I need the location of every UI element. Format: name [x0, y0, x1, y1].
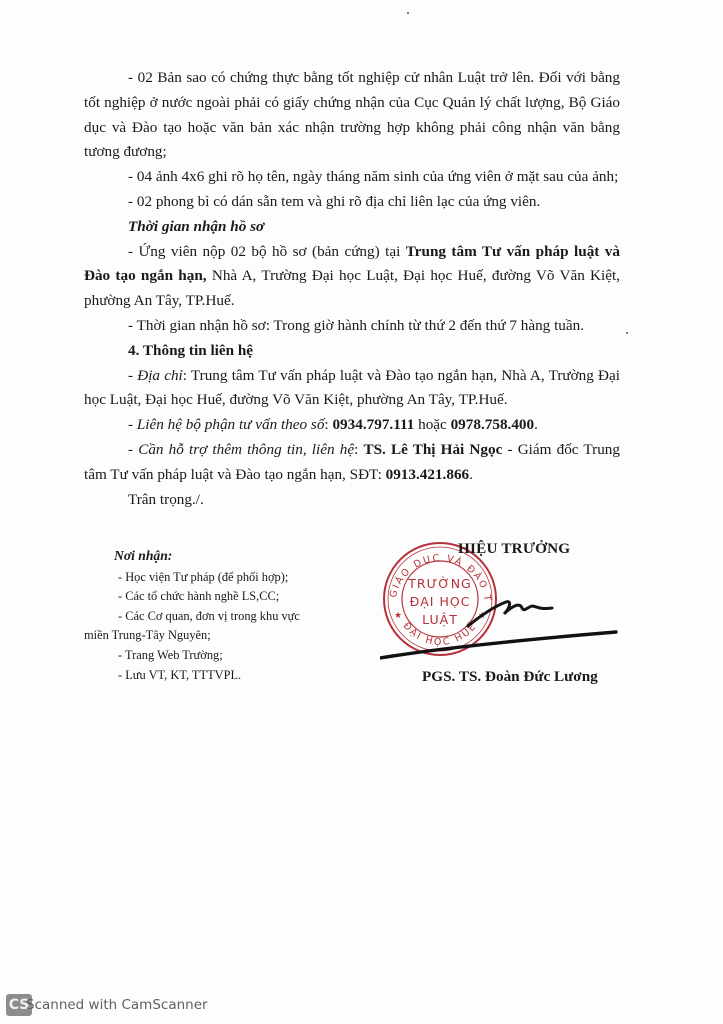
contact-support: - Cần hỗ trợ thêm thông tin, liên hệ: TS…: [84, 438, 620, 488]
recipient-item: miền Trung-Tây Nguyên;: [84, 626, 364, 646]
requirement-envelopes: - 02 phong bì có dán sẵn tem và ghi rõ đ…: [84, 190, 620, 215]
recipient-item: - Lưu VT, KT, TTTVPL.: [84, 666, 364, 686]
submission-heading: Thời gian nhận hồ sơ: [84, 215, 620, 240]
recipient-item: - Các Cơ quan, đơn vị trong khu vực: [84, 607, 364, 627]
contact-phones: - Liên hệ bộ phận tư vấn theo số: 0934.7…: [84, 413, 620, 438]
recipient-item: - Các tổ chức hành nghề LS,CC;: [84, 587, 364, 607]
camscanner-watermark: CS Scanned with CamScanner: [6, 994, 208, 1016]
signature-block: BỘ GIÁO DỤC VÀ ĐÀO TẠO ĐẠI HỌC HUẾ ★ ★ T…: [380, 536, 630, 696]
closing-line: Trân trọng./.: [84, 488, 620, 513]
requirement-photos: - 04 ảnh 4x6 ghi rõ họ tên, ngày tháng n…: [84, 165, 620, 190]
submission-location: - Ứng viên nộp 02 bộ hồ sơ (bản cứng) tạ…: [84, 240, 620, 314]
support-phone: 0913.421.866: [386, 466, 470, 483]
recipient-item: - Học viện Tư pháp (để phối hợp);: [84, 568, 364, 588]
watermark-text: Scanned with CamScanner: [26, 997, 208, 1013]
signer-name: PGS. TS. Đoàn Đức Lương: [422, 668, 598, 686]
support-person: TS. Lê Thị Hải Ngọc: [363, 441, 502, 458]
phone-1: 0934.797.111: [332, 416, 414, 433]
recipients-block: Nơi nhận: - Học viện Tư pháp (để phối hợ…: [84, 546, 364, 685]
requirement-diploma: - 02 Bản sao có chứng thực bằng tốt nghi…: [84, 66, 620, 165]
submission-hours: - Thời gian nhận hồ sơ: Trong giờ hành c…: [84, 314, 620, 339]
phone-2: 0978.758.400: [451, 416, 535, 433]
scan-speck: [626, 332, 628, 334]
recipient-item: - Trang Web Trường;: [84, 646, 364, 666]
signer-title: HIỆU TRƯỞNG: [458, 540, 570, 558]
document-body: - 02 Bản sao có chứng thực bằng tốt nghi…: [84, 66, 620, 512]
contact-address: - Địa chỉ: Trung tâm Tư vấn pháp luật và…: [84, 364, 620, 414]
recipients-title: Nơi nhận:: [84, 546, 364, 566]
scan-speck: [407, 12, 409, 14]
contact-heading: 4. Thông tin liên hệ: [84, 339, 620, 364]
scanned-page: - 02 Bản sao có chứng thực bằng tốt nghi…: [0, 0, 723, 1024]
